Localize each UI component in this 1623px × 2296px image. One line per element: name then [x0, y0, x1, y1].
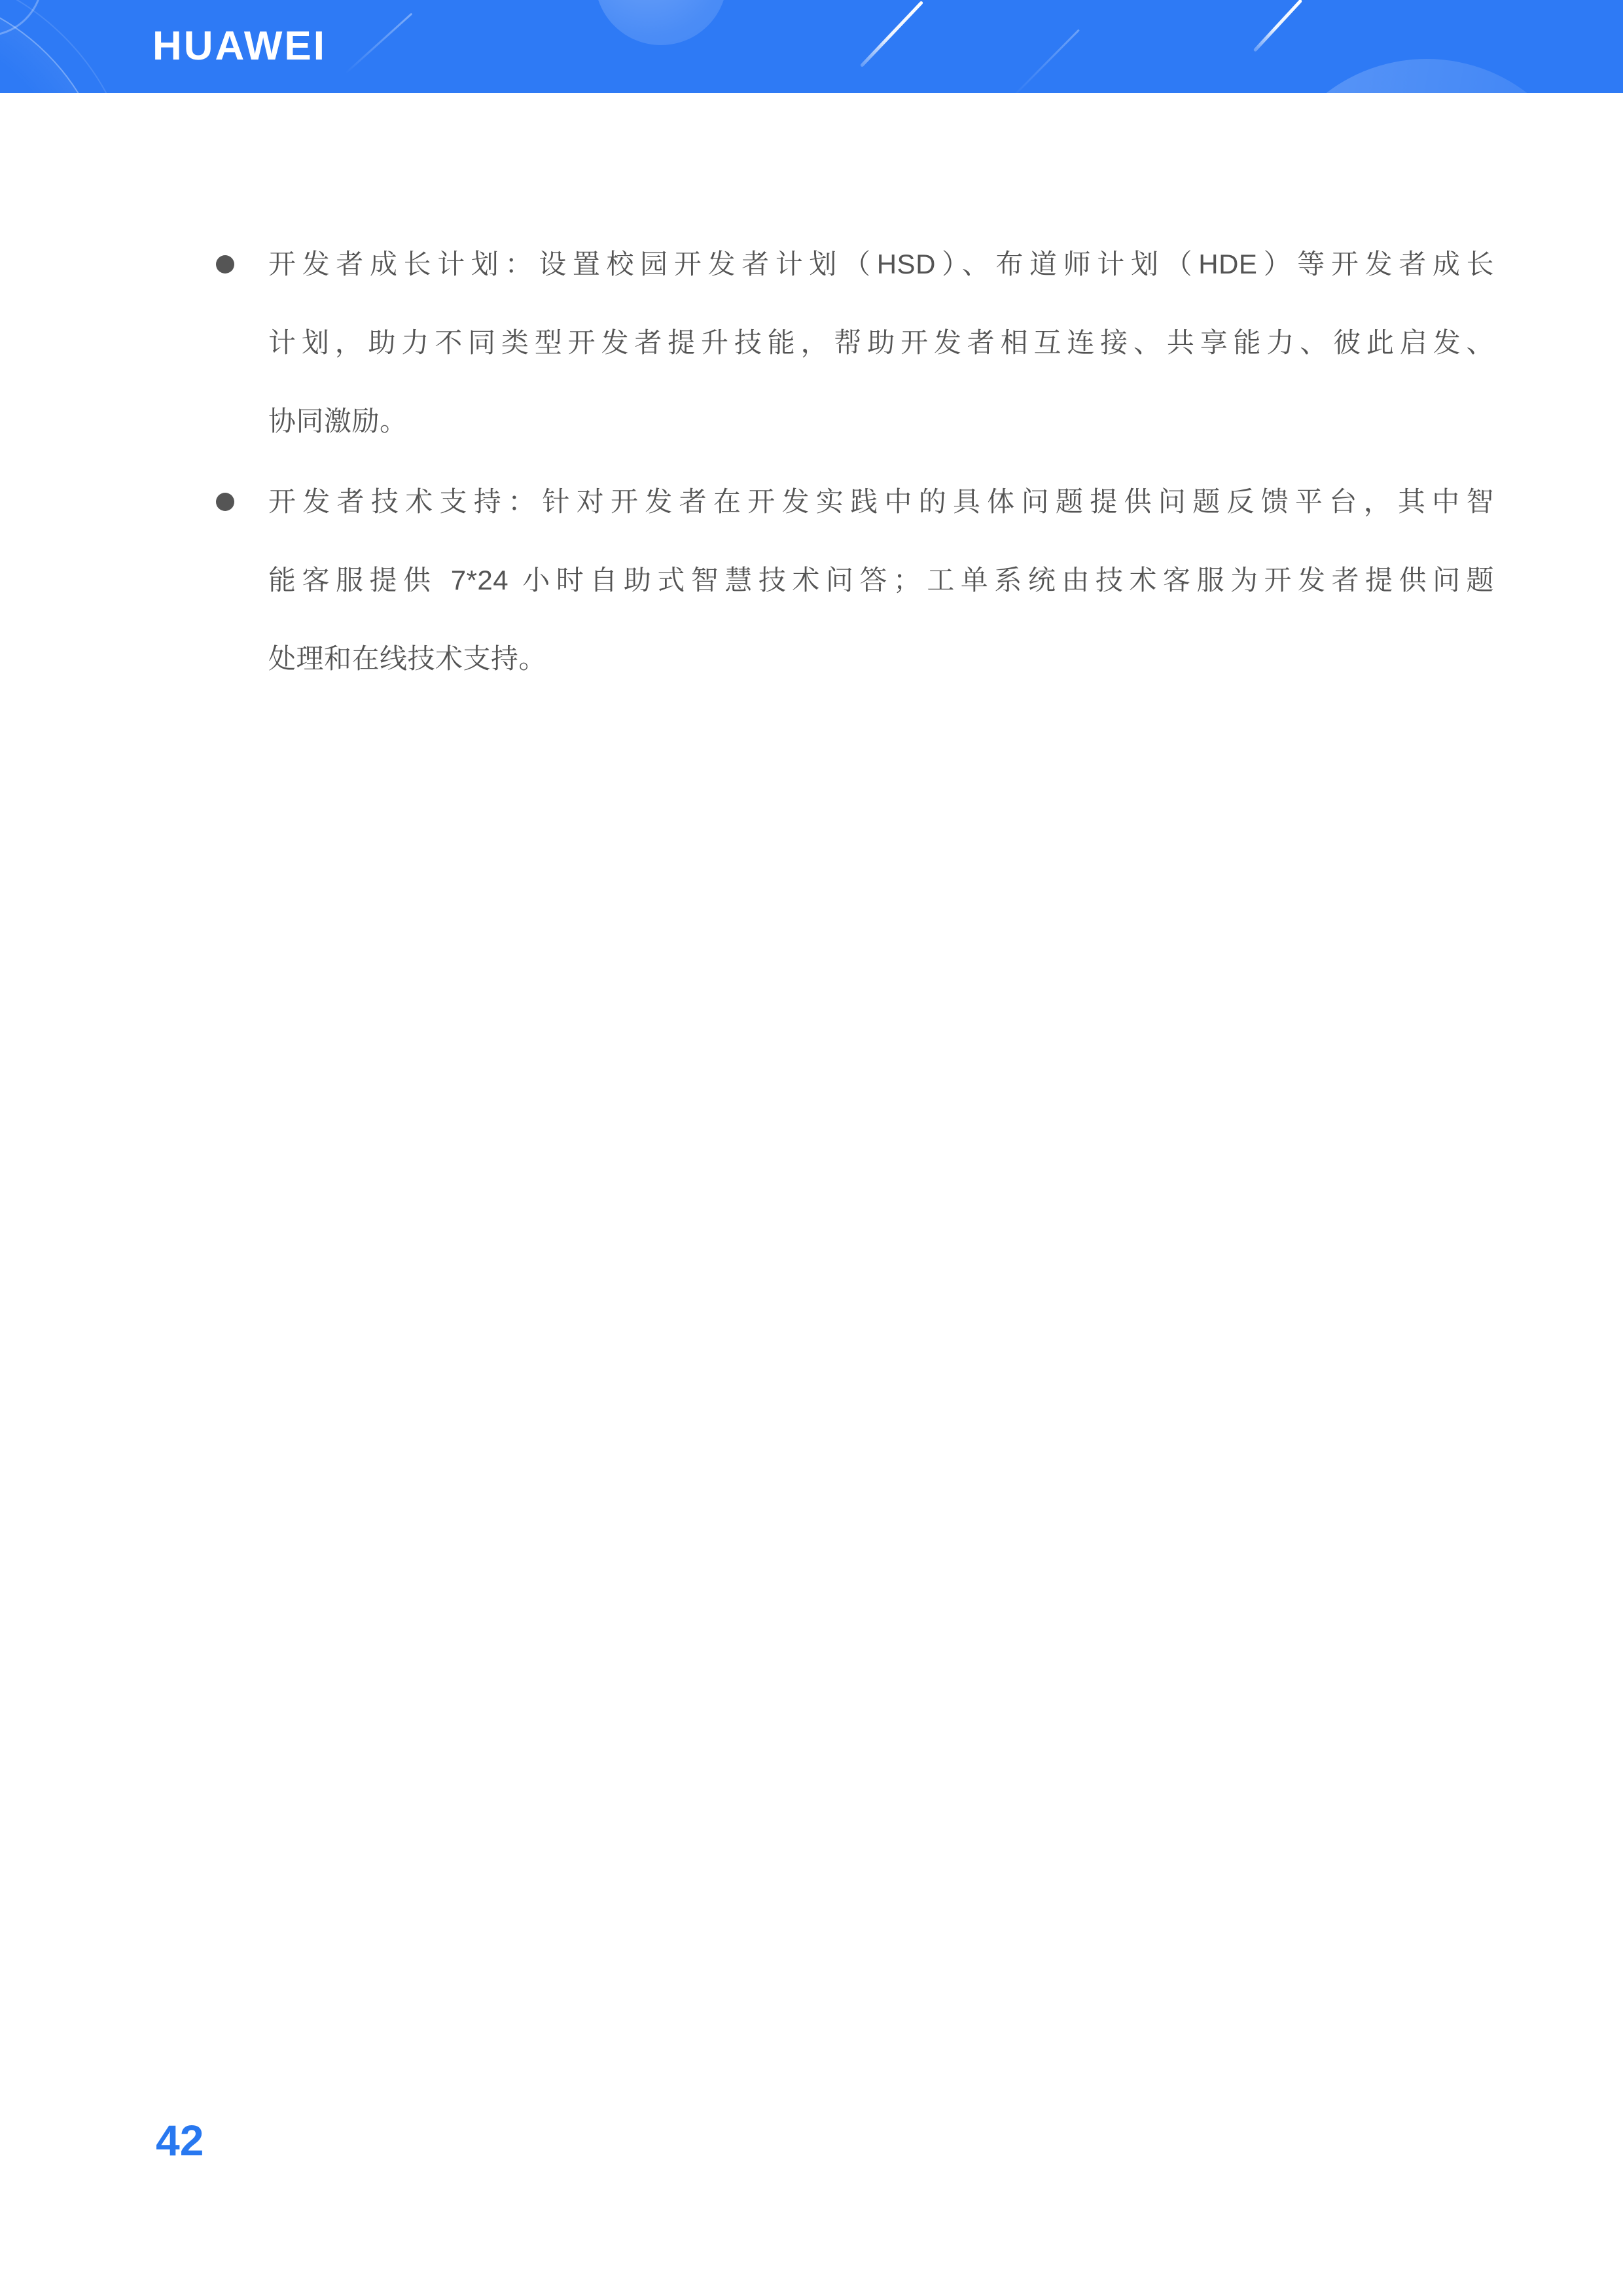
decor-diagonal-line-bright-1 [860, 1, 923, 67]
decor-circle-top [595, 0, 727, 45]
decor-arc-top-left-corner [0, 0, 43, 37]
decor-diagonal-line-bright-2 [1253, 0, 1303, 52]
list-item: 开发者技术支持：针对开发者在开发实践中的具体问题提供问题反馈平台，其中智 能客服… [216, 463, 1494, 698]
bullet-text-line: 开发者技术支持：针对开发者在开发实践中的具体问题提供问题反馈平台，其中智 [268, 463, 1494, 541]
decor-arc-left-bright [0, 0, 113, 93]
bullet-icon [216, 255, 234, 274]
decor-diagonal-line-faint-2 [1010, 29, 1080, 93]
bullet-text-line: 协同激励。 [268, 382, 1494, 461]
decor-diagonal-line-faint-1 [345, 13, 413, 75]
decor-arc-left-faint [0, 0, 137, 93]
page-number: 42 [156, 2119, 204, 2162]
list-item: 开发者成长计划：设置校园开发者计划（HSD）、布道师计划（HDE）等开发者成长 … [216, 225, 1494, 461]
bullet-text-line: 处理和在线技术支持。 [268, 620, 1494, 698]
page-header: HUAWEI [0, 0, 1623, 93]
document-page: HUAWEI 开发者成长计划：设置校园开发者计划（HSD）、布道师计划（HDE）… [0, 0, 1623, 2296]
bullet-text-line: 开发者成长计划：设置校园开发者计划（HSD）、布道师计划（HDE）等开发者成长 [268, 225, 1494, 304]
huawei-logo: HUAWEI [152, 0, 327, 93]
bullet-text-line: 能客服提供 7*24 小时自助式智慧技术问答；工单系统由技术客服为开发者提供问题 [268, 541, 1494, 620]
bullet-icon [216, 493, 234, 511]
bullet-text-line: 计划，助力不同类型开发者提升技能，帮助开发者相互连接、共享能力、彼此启发、 [268, 304, 1494, 382]
decor-circle-bottom-right [1262, 59, 1592, 93]
bullet-list: 开发者成长计划：设置校园开发者计划（HSD）、布道师计划（HDE）等开发者成长 … [216, 225, 1494, 698]
